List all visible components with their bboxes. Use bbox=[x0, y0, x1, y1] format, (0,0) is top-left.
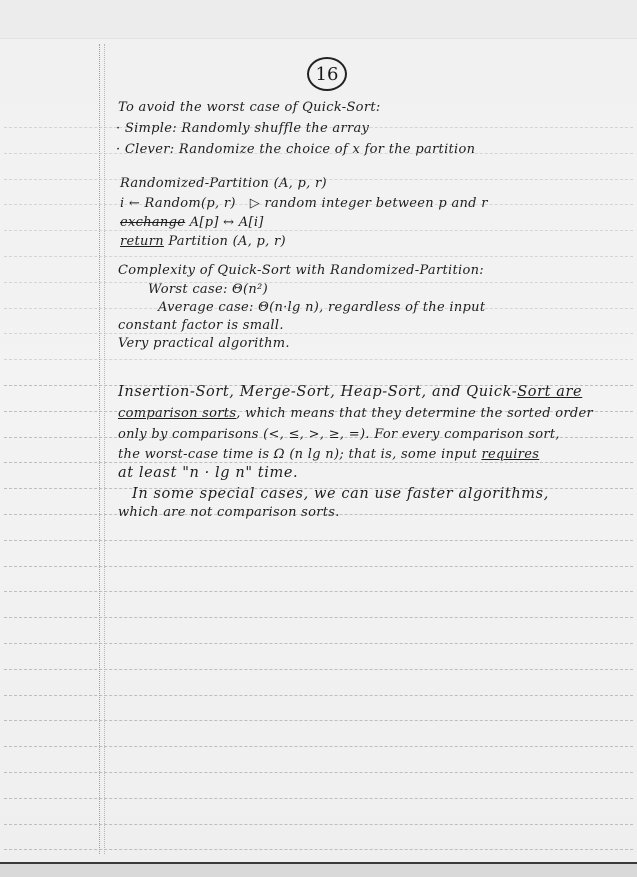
return-expression: Partition (A, p, r) bbox=[168, 234, 286, 249]
section2-line-6: In some special cases, we can use faster… bbox=[132, 486, 549, 502]
section2-line-2: comparison sorts, which means that they … bbox=[118, 406, 593, 421]
bullet-simple: · Simple: Randomly shuffle the array bbox=[116, 121, 369, 136]
section1-heading: To avoid the worst case of Quick-Sort: bbox=[118, 100, 381, 115]
complexity-practical: Very practical algorithm. bbox=[118, 336, 290, 351]
exchange-args: A[p] ↔ A[i] bbox=[190, 215, 264, 230]
complexity-average: Average case: Θ(n·lg n), regardless of t… bbox=[158, 300, 485, 315]
sort-are-text: Sort are bbox=[517, 384, 582, 400]
lower-bound-text: the worst-case time is Ω (n lg n); that … bbox=[118, 447, 482, 462]
pseudocode-signature: Randomized-Partition (A, p, r) bbox=[120, 176, 327, 191]
complexity-constant: constant factor is small. bbox=[118, 318, 284, 333]
exchange-keyword: exchange bbox=[120, 215, 185, 230]
section2-line-4: the worst-case time is Ω (n lg n); that … bbox=[118, 447, 539, 462]
section2-line-7: which are not comparison sorts. bbox=[118, 505, 340, 520]
notebook-page: 16 To avoid the worst case of Quick-Sort… bbox=[0, 0, 637, 864]
pseudocode-line-1-comment: ▷ random integer between p and r bbox=[250, 196, 488, 211]
pseudocode-line-1-code: i ← Random(p, r) bbox=[120, 196, 236, 211]
section2-line-1: Insertion-Sort, Merge-Sort, Heap-Sort, a… bbox=[118, 384, 582, 400]
page-number: 16 bbox=[307, 57, 347, 91]
section2-line-5: at least "n · lg n" time. bbox=[118, 465, 298, 481]
pseudocode-line-2: exchange A[p] ↔ A[i] bbox=[120, 215, 264, 230]
section2-line-3: only by comparisons (<, ≤, >, ≥, =). For… bbox=[118, 427, 560, 442]
requires-text: requires bbox=[482, 447, 540, 462]
margin-line bbox=[99, 44, 105, 854]
sort-list-text: Insertion-Sort, Merge-Sort, Heap-Sort, a… bbox=[118, 384, 517, 400]
return-keyword: return bbox=[120, 234, 164, 249]
complexity-heading: Complexity of Quick-Sort with Randomized… bbox=[118, 263, 484, 278]
definition-text: , which means that they determine the so… bbox=[236, 406, 593, 421]
complexity-worst: Worst case: Θ(n²) bbox=[148, 282, 268, 297]
bullet-clever: · Clever: Randomize the choice of x for … bbox=[116, 142, 475, 157]
pseudocode-line-3: return Partition (A, p, r) bbox=[120, 234, 286, 249]
pseudocode-line-1: i ← Random(p, r)▷ random integer between… bbox=[120, 196, 488, 211]
comparison-sorts-term: comparison sorts bbox=[118, 406, 236, 421]
